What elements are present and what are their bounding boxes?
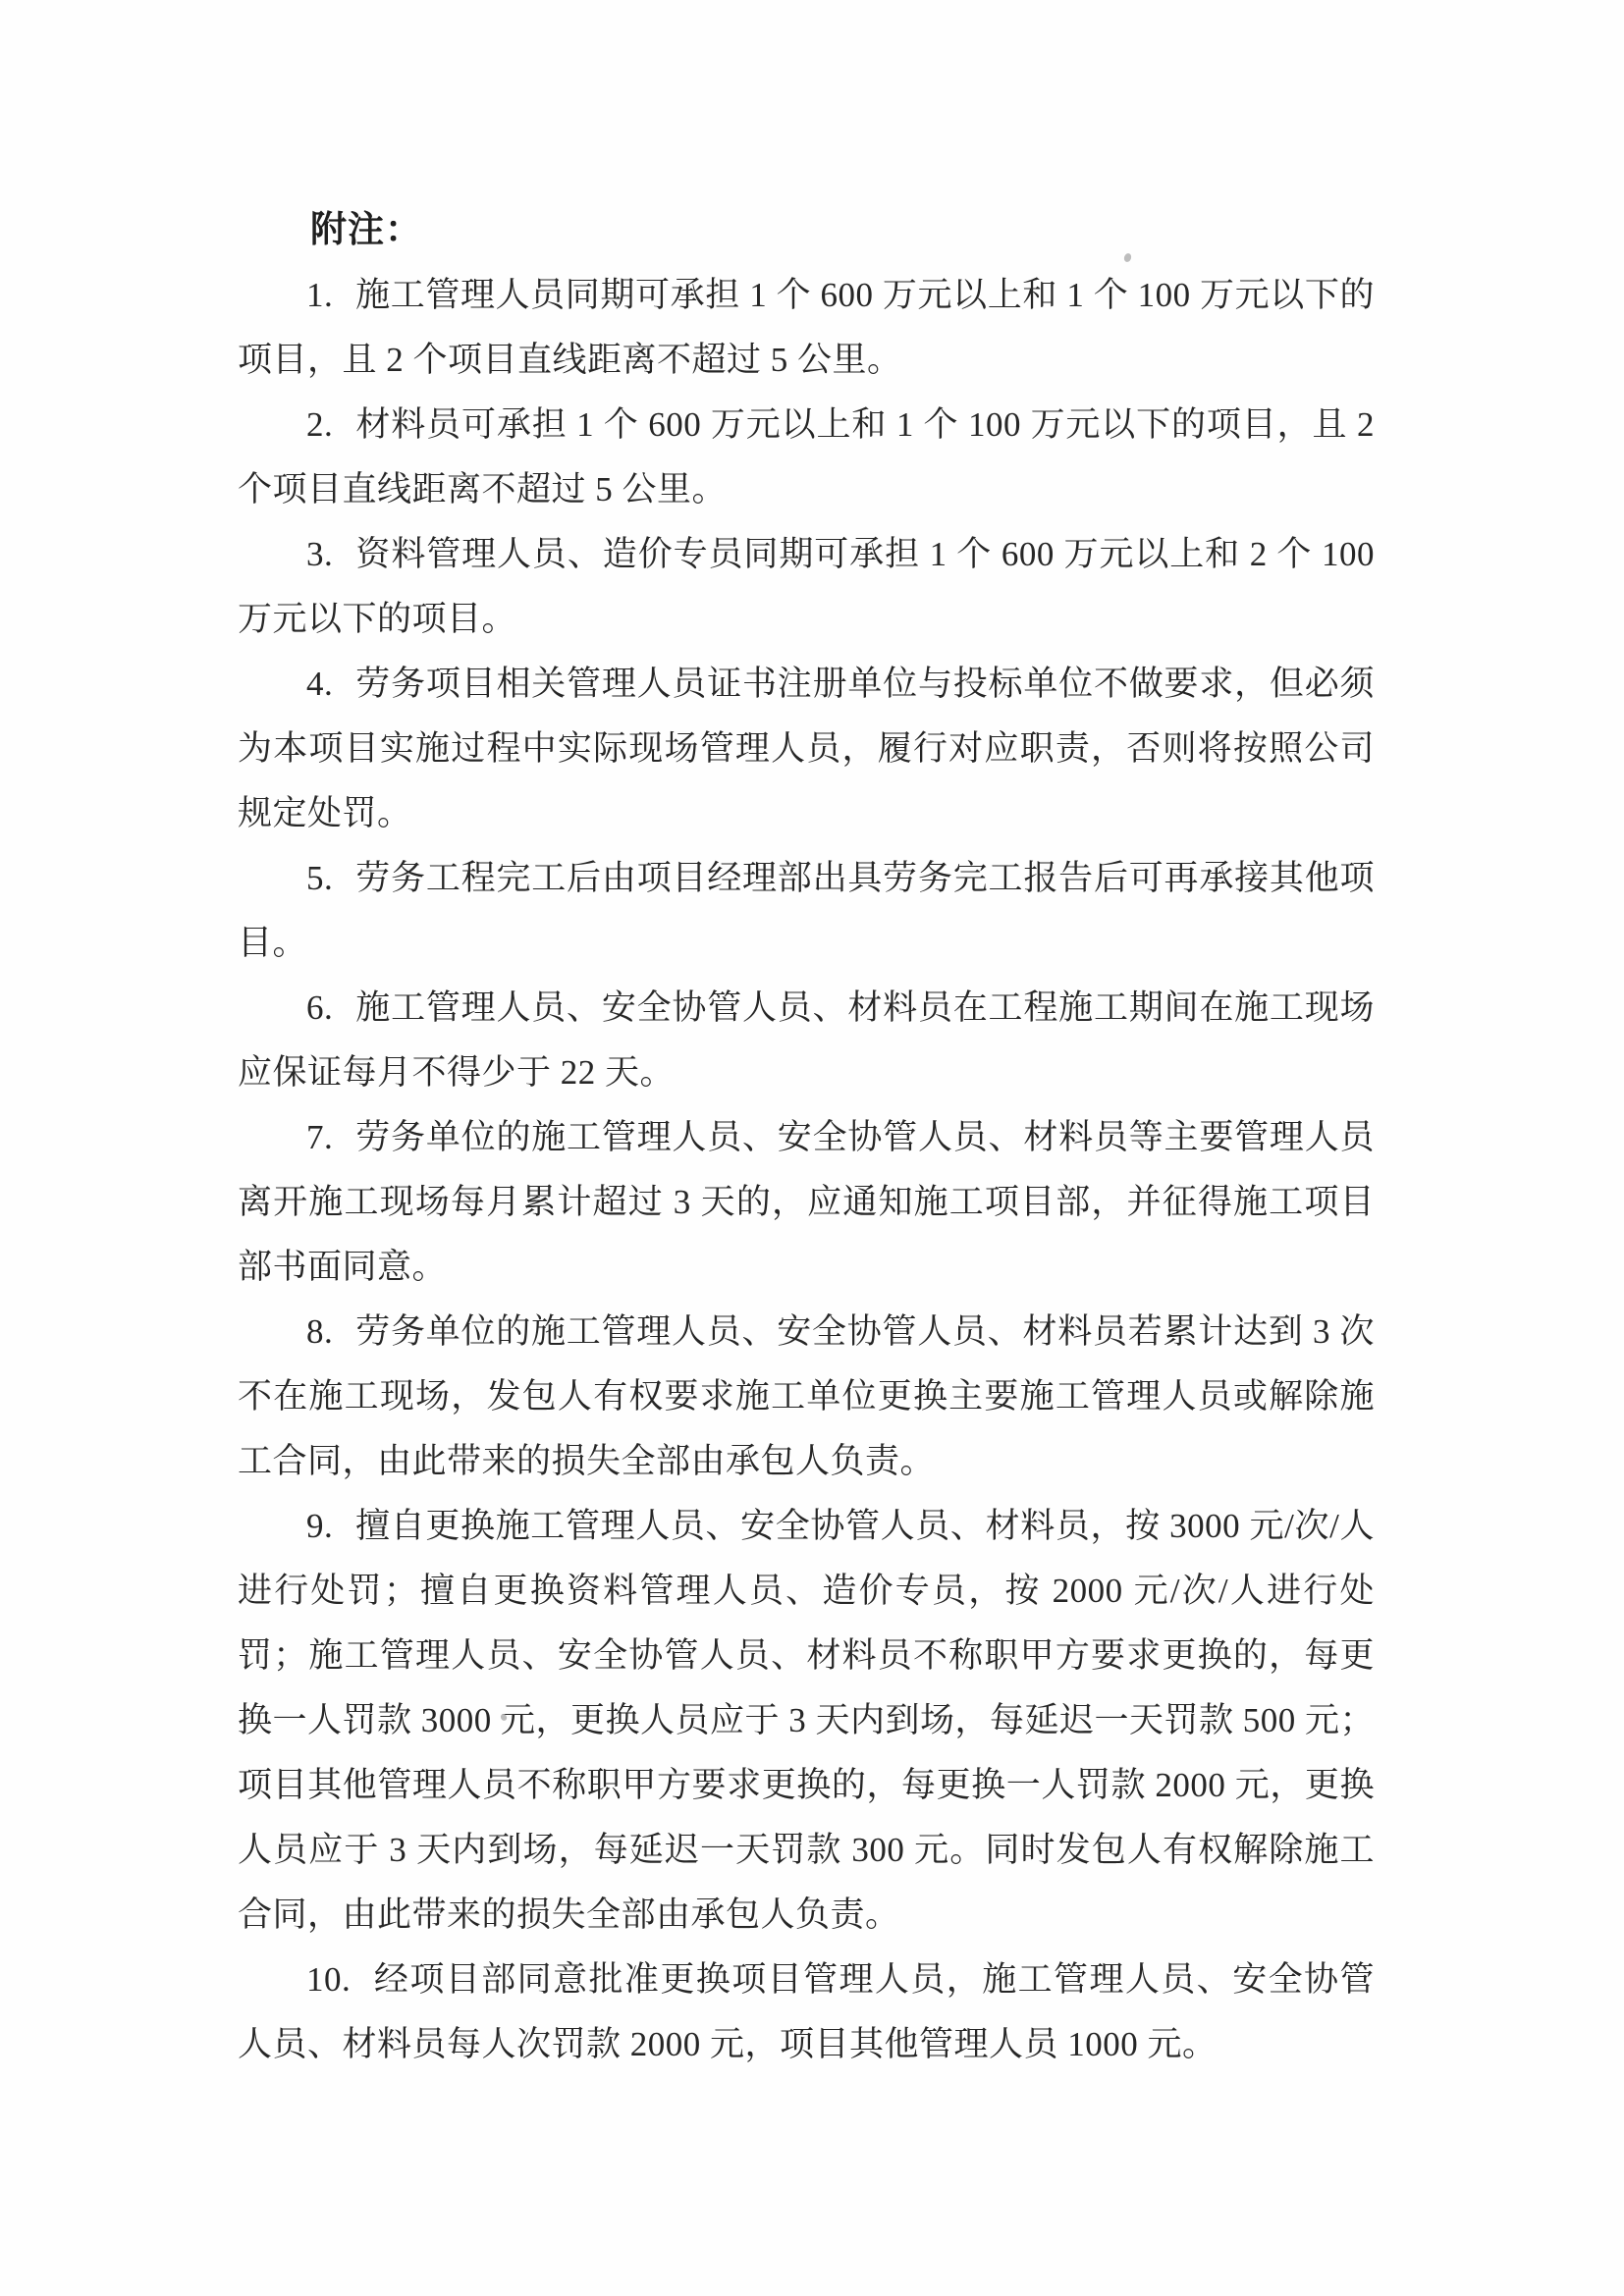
note-text: 材料员可承担 1 个 600 万元以上和 1 个 100 万元以下的项目，且 2… (238, 405, 1375, 508)
note-text: 劳务项目相关管理人员证书注册单位与投标单位不做要求，但必须为本项目实施过程中实际… (238, 665, 1375, 832)
note-number: 6. (306, 988, 333, 1027)
note-item-1: 1.施工管理人员同期可承担 1 个 600 万元以上和 1 个 100 万元以下… (238, 263, 1375, 393)
note-item-4: 4.劳务项目相关管理人员证书注册单位与投标单位不做要求，但必须为本项目实施过程中… (238, 652, 1375, 846)
note-number: 7. (306, 1118, 333, 1156)
note-item-2: 2.材料员可承担 1 个 600 万元以上和 1 个 100 万元以下的项目，且… (238, 393, 1375, 522)
note-item-7: 7.劳务单位的施工管理人员、安全协管人员、材料员等主要管理人员离开施工现场每月累… (238, 1105, 1375, 1300)
note-number: 4. (306, 665, 333, 703)
note-item-5: 5.劳务工程完工后由项目经理部出具劳务完工报告后可再承接其他项目。 (238, 846, 1375, 976)
note-text: 劳务单位的施工管理人员、安全协管人员、材料员若累计达到 3 次不在施工现场，发包… (238, 1312, 1375, 1480)
notes-section: 附注： 1.施工管理人员同期可承担 1 个 600 万元以上和 1 个 100 … (238, 198, 1375, 2077)
note-item-8: 8.劳务单位的施工管理人员、安全协管人员、材料员若累计达到 3 次不在施工现场，… (238, 1300, 1375, 1494)
note-number: 9. (306, 1507, 333, 1545)
note-item-3: 3.资料管理人员、造价专员同期可承担 1 个 600 万元以上和 2 个 100… (238, 522, 1375, 652)
note-number: 5. (306, 859, 333, 897)
note-text: 经项目部同意批准更换项目管理人员，施工管理人员、安全协管人员、材料员每人次罚款 … (238, 1960, 1375, 2063)
note-number: 2. (306, 405, 333, 444)
note-text: 劳务工程完工后由项目经理部出具劳务完工报告后可再承接其他项目。 (238, 859, 1375, 962)
note-text: 资料管理人员、造价专员同期可承担 1 个 600 万元以上和 2 个 100 万… (238, 535, 1375, 638)
note-number: 3. (306, 535, 333, 573)
note-item-9: 9.擅自更换施工管理人员、安全协管人员、材料员，按 3000 元/次/人进行处罚… (238, 1494, 1375, 1948)
document-page: 附注： 1.施工管理人员同期可承担 1 个 600 万元以上和 1 个 100 … (0, 0, 1624, 2296)
note-item-10: 10.经项目部同意批准更换项目管理人员，施工管理人员、安全协管人员、材料员每人次… (238, 1948, 1375, 2077)
note-number: 8. (306, 1312, 333, 1351)
note-number: 10. (306, 1960, 351, 1999)
note-text: 擅自更换施工管理人员、安全协管人员、材料员，按 3000 元/次/人进行处罚；擅… (238, 1507, 1375, 1934)
note-text: 劳务单位的施工管理人员、安全协管人员、材料员等主要管理人员离开施工现场每月累计超… (238, 1118, 1375, 1286)
notes-heading: 附注： (238, 198, 1375, 263)
note-number: 1. (306, 276, 333, 314)
note-text: 施工管理人员同期可承担 1 个 600 万元以上和 1 个 100 万元以下的项… (238, 276, 1375, 379)
note-text: 施工管理人员、安全协管人员、材料员在工程施工期间在施工现场应保证每月不得少于 2… (238, 988, 1375, 1092)
note-item-6: 6.施工管理人员、安全协管人员、材料员在工程施工期间在施工现场应保证每月不得少于… (238, 976, 1375, 1105)
